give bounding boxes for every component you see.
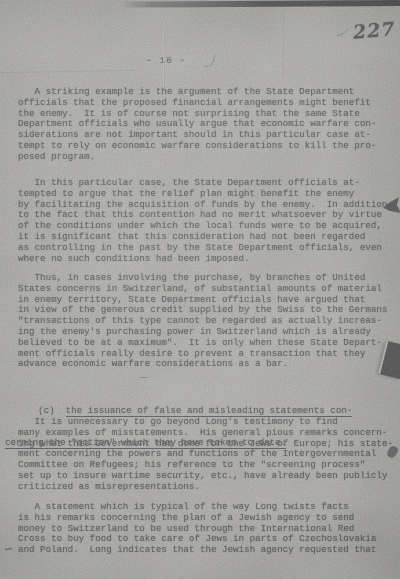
paragraph-particular-case: In this particular case, the State Depar… [18,178,387,264]
typed-folio-number: - 16 - [146,55,186,66]
stray-dash-mark [5,548,12,551]
paragraph-long-testimony: It is unnecessary to go beyond Long's te… [18,417,393,493]
paragraph-swiss-purchases: Thus, in cases involving the purchase, b… [18,273,387,370]
pen-squiggle-mark [204,53,216,69]
fold-crease-horizontal [0,70,136,73]
fold-crease-vertical-right [283,0,284,78]
handwritten-page-number: 227 [352,18,396,44]
item-c-line-1: (c) the issuance of false and misleading… [5,406,352,417]
paragraph-red-cross-plan: A statement which is typical of the way … [18,502,376,556]
paragraph-striking-example: A striking example is the argument of th… [18,87,376,163]
scan-dark-top-edge [118,0,400,8]
item-c-marker: (c) [5,405,66,416]
stray-dash-mark [140,377,148,378]
scanned-document-page: 227 - 16 - A striking example is the arg… [0,0,400,579]
pencil-tick-mark [335,27,349,37]
